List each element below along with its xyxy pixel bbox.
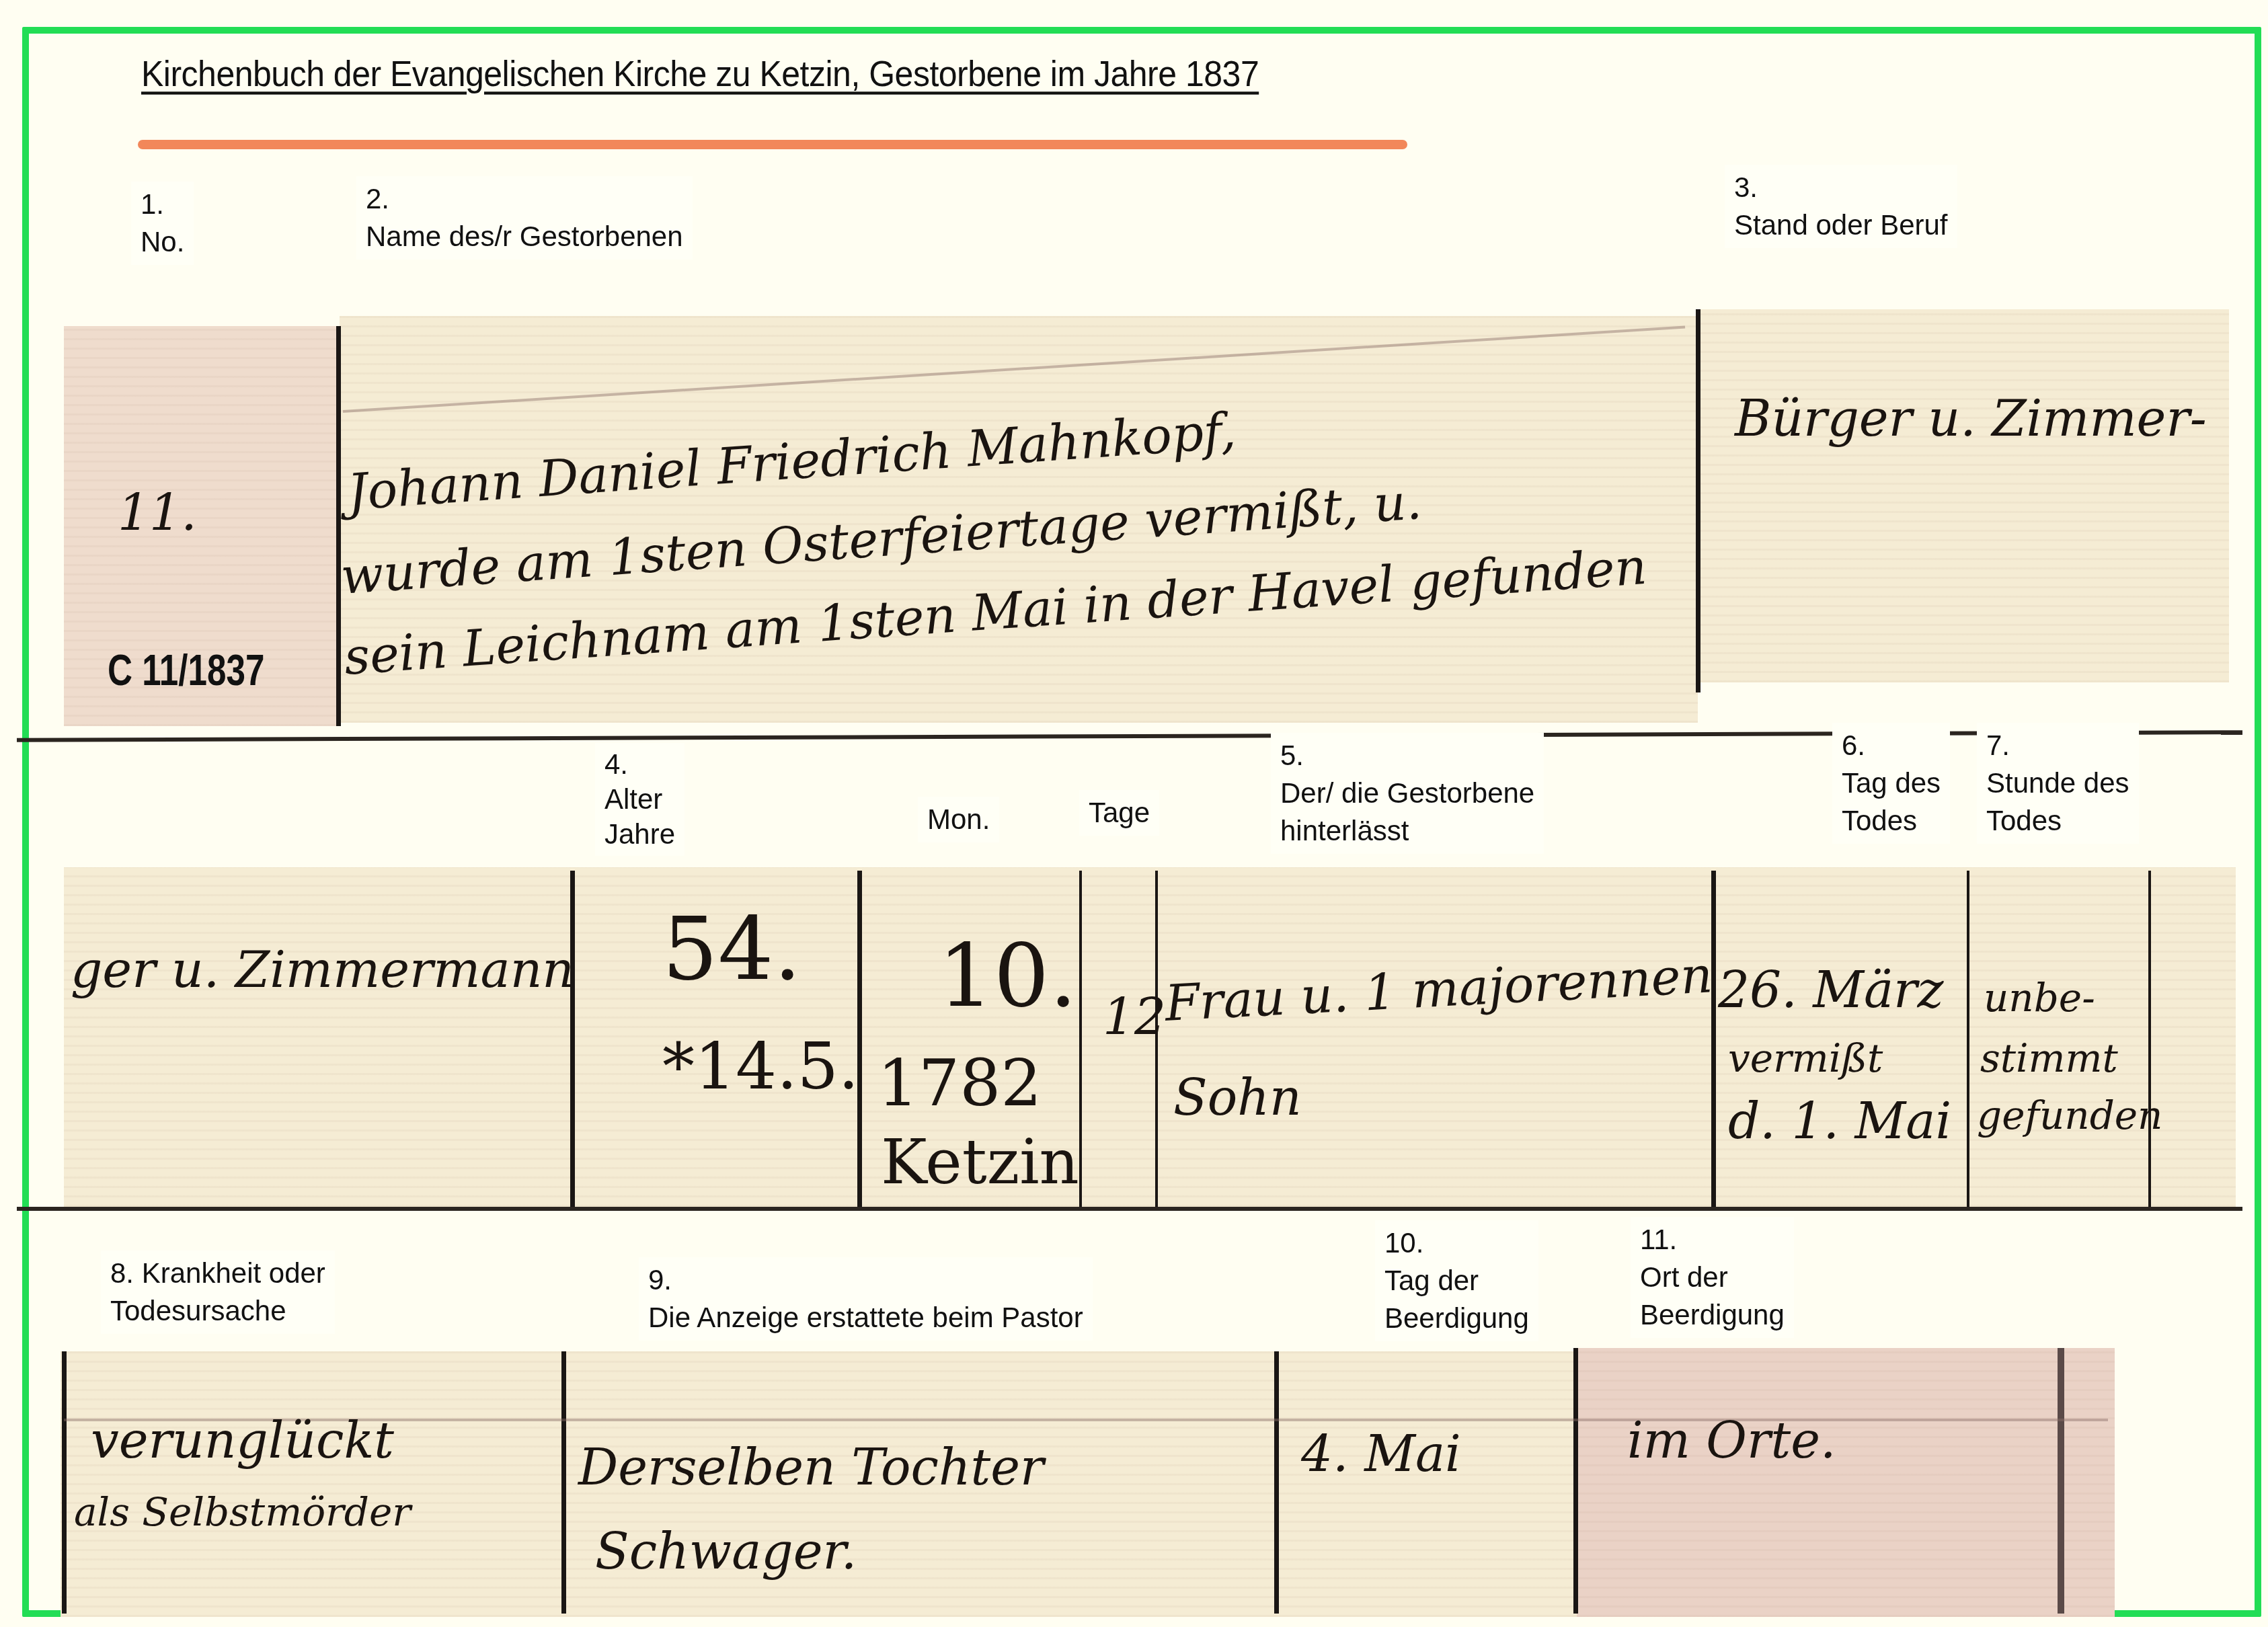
column-rule [2148, 871, 2151, 1207]
entry-death-hour-line2: stimmt [1980, 1035, 2118, 1081]
entry-survivors-line2: Sohn [1173, 1069, 1302, 1127]
entry-death-hour-line3: gefunden [1977, 1093, 2162, 1138]
entry-number: 11. [118, 484, 197, 542]
entry-birth-date: *14.5. [662, 1029, 859, 1104]
header-col4-number: 4. [604, 747, 675, 782]
row-divider [17, 1207, 2242, 1211]
header-col2-number: 2. [366, 180, 683, 218]
entry-age-years: 54. [662, 898, 801, 1000]
header-col2: 2. Name des/r Gestorbenen [356, 176, 693, 260]
scan-strip-row3-right [1577, 1348, 2115, 1617]
header-col2-label: Name des/r Gestorbenen [366, 218, 683, 255]
column-rule [1696, 309, 1700, 692]
header-col5: 5. Der/ die Gestorbene hinterlässt [1271, 733, 1544, 854]
entry-burial-place: im Orte. [1627, 1412, 1836, 1470]
header-col4: 4. Alter Jahre [595, 743, 685, 856]
column-rule [561, 1351, 566, 1614]
header-col7-number: 7. [1986, 727, 2129, 764]
entry-age-months: 10. [938, 924, 1077, 1027]
entry-death-hour-line1: unbe- [1984, 975, 2095, 1021]
header-col3-label: Stand oder Beruf [1734, 206, 1948, 244]
column-rule [1079, 871, 1082, 1207]
entry-age-days: 12 [1103, 988, 1166, 1046]
header-col5-number: 5. [1280, 737, 1534, 775]
column-rule [1967, 871, 1969, 1207]
entry-death-day-line3: d. 1. Mai [1728, 1093, 1951, 1150]
header-col4-label-alter: Alter [604, 782, 675, 817]
header-col7-label1: Stunde des [1986, 764, 2129, 802]
entry-death-day-line1: 26. März [1718, 961, 1943, 1019]
column-rule [1711, 871, 1716, 1207]
column-rule [1573, 1348, 1578, 1614]
header-col8-label1: 8. Krankheit oder [110, 1255, 325, 1292]
header-col9-number: 9. [648, 1261, 1083, 1299]
header-col11-label1: Ort der [1640, 1259, 1785, 1296]
header-col5-label2: hinterlässt [1280, 812, 1534, 850]
column-rule [1274, 1351, 1279, 1614]
header-col10-number: 10. [1384, 1224, 1529, 1262]
entry-cause-line2: als Selbstmörder [74, 1489, 411, 1535]
header-col4-label-jahre: Jahre [604, 817, 675, 852]
header-col11-number: 11. [1640, 1221, 1785, 1259]
header-col6: 6. Tag des Todes [1832, 723, 1950, 844]
entry-reference-stamp: C 11/1837 [108, 645, 264, 695]
header-col7-label2: Todes [1986, 802, 2129, 840]
column-rule [62, 1351, 67, 1614]
entry-death-day-line2: vermißt [1728, 1035, 1883, 1081]
column-rule [570, 871, 575, 1207]
header-col4-months: Mon. [918, 797, 999, 842]
entry-burial-day: 4. Mai [1301, 1425, 1461, 1483]
header-col8-label2: Todesursache [110, 1292, 325, 1330]
entry-stand: Bürger u. Zimmer- [1735, 390, 2207, 448]
header-col10-label1: Tag der [1384, 1262, 1529, 1300]
entry-birth-year: 1782 [877, 1045, 1042, 1121]
header-col6-number: 6. [1842, 727, 1941, 764]
header-col7: 7. Stunde des Todes [1977, 723, 2139, 844]
header-col6-label1: Tag des [1842, 764, 1941, 802]
title-highlight-marker [138, 140, 1407, 149]
page-title: Kirchenbuch der Evangelischen Kirche zu … [141, 52, 1259, 95]
book-edge [2058, 1348, 2064, 1614]
header-col9-label: Die Anzeige erstattete beim Pastor [648, 1299, 1083, 1337]
header-col3-number: 3. [1734, 169, 1948, 206]
header-col5-label1: Der/ die Gestorbene [1280, 775, 1534, 812]
header-col1-label: No. [141, 223, 184, 261]
header-col1-number: 1. [141, 186, 184, 223]
entry-birth-place: Ketzin [881, 1126, 1079, 1198]
entry-informant-line2: Schwager. [595, 1523, 857, 1581]
header-col4-days: Tage [1079, 790, 1159, 836]
entry-cause-line1: verunglückt [91, 1412, 394, 1470]
header-col11: 11. Ort der Beerdigung [1631, 1217, 1794, 1338]
header-col1: 1. No. [131, 182, 194, 265]
scan-strip-row1-stand [1698, 309, 2229, 682]
header-col10: 10. Tag der Beerdigung [1375, 1220, 1538, 1341]
header-col11-label2: Beerdigung [1640, 1296, 1785, 1334]
entry-informant-line1: Derselben Tochter [578, 1439, 1044, 1497]
header-col10-label2: Beerdigung [1384, 1300, 1529, 1337]
header-col8: 8. Krankheit oder Todesursache [101, 1251, 335, 1334]
header-col9: 9. Die Anzeige erstattete beim Pastor [639, 1257, 1093, 1341]
column-rule [336, 326, 341, 726]
entry-stand-continued: ger u. Zimmermann [71, 941, 574, 999]
header-col6-label2: Todes [1842, 802, 1941, 840]
header-col3: 3. Stand oder Beruf [1725, 165, 1957, 248]
